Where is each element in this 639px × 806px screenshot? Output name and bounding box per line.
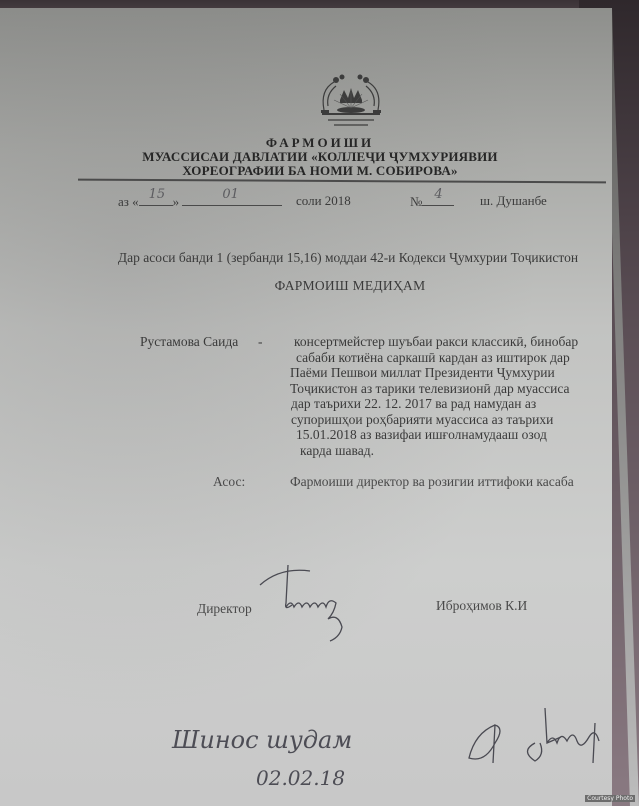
director-label: Директор xyxy=(197,601,252,617)
director-signature-icon xyxy=(250,563,370,643)
day-handwritten: 15 xyxy=(149,187,166,202)
date-prefix: аз « xyxy=(118,194,139,209)
order-title: ФАРМОИШ МЕДИҲАМ xyxy=(150,278,550,294)
body-line: консертмейстер шуъбаи ракси классикӣ, би… xyxy=(288,334,608,350)
director-name: Иброҳимов К.И xyxy=(436,598,527,614)
document-page: ФАРМОИШИ МУАССИСАИ ДАВЛАТИИ «КОЛЛЕҶИ ҶУМ… xyxy=(0,8,612,806)
institution-name-line2: ХОРЕОГРАФИИ БА НОМИ М. СОБИРОВА» xyxy=(0,163,639,179)
handwritten-date: 02.02.18 xyxy=(256,766,345,790)
month-blank: 01 xyxy=(182,193,282,206)
body-line: дар таърихи 22. 12. 2017 ва рад намудан … xyxy=(288,396,608,412)
year-label: соли 2018 xyxy=(296,193,351,209)
number-blank: 4 xyxy=(422,193,454,206)
basis-label: Асос: xyxy=(213,474,245,490)
date-field: аз «15» 01 xyxy=(118,193,282,210)
date-mid: » xyxy=(173,194,180,209)
number-label: № xyxy=(410,194,422,209)
person-name: Рустамова Саида xyxy=(140,334,238,350)
basis-text: Фармоиши директор ва розигии иттифоки ка… xyxy=(290,474,574,490)
day-blank: 15 xyxy=(139,193,173,206)
photo-credit: Courtesy Photo xyxy=(585,795,635,802)
number-handwritten: 4 xyxy=(434,187,442,202)
handwritten-acknowledgement: Шинос шудам xyxy=(172,726,352,754)
body-line: 15.01.2018 аз вазифаи ишғолнамудааш озод xyxy=(288,427,608,443)
body-line: Тоҷикистон аз тарики телевизионӣ дар муа… xyxy=(288,381,608,397)
number-field: №4 xyxy=(410,193,454,210)
coat-of-arms-icon xyxy=(314,70,388,130)
order-body: консертмейстер шуъбаи ракси классикӣ, би… xyxy=(288,334,608,458)
person-dash: - xyxy=(258,334,263,350)
city-label: ш. Душанбе xyxy=(480,193,547,209)
header-divider xyxy=(78,179,606,184)
month-handwritten: 01 xyxy=(222,187,239,202)
body-line: супоришҳои роҳбарияти муассиса аз таърих… xyxy=(288,412,608,428)
employee-signature-icon xyxy=(465,703,615,778)
body-line: Паёми Пешвои миллат Президенти Ҷумхурии xyxy=(288,365,608,381)
body-line: сабаби котиёна саркашӣ кардан аз иштирок… xyxy=(288,350,608,366)
body-line: карда шавад. xyxy=(288,443,608,459)
legal-basis-line: Дар асоси банди 1 (зербанди 15,16) модда… xyxy=(78,250,618,266)
